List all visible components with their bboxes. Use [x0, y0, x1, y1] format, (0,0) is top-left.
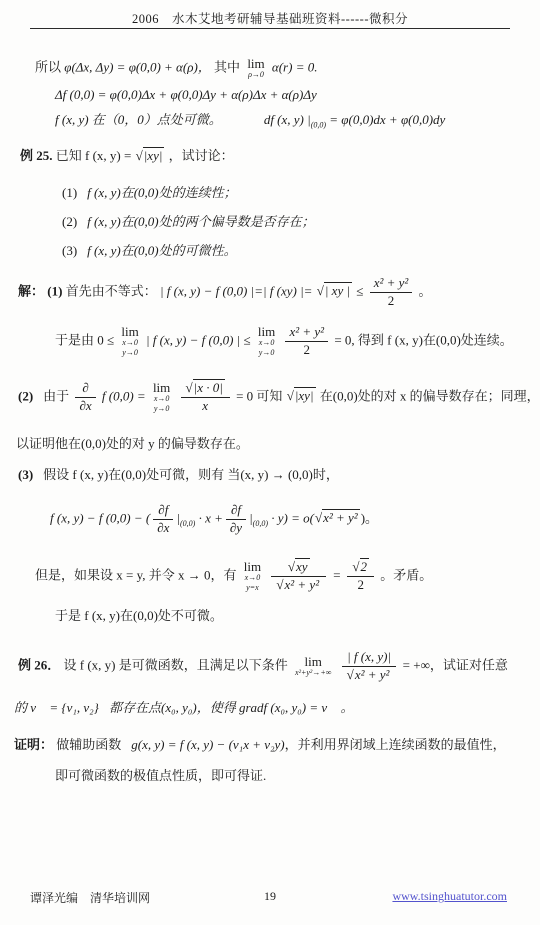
sqrt-radical: √x² + y²	[347, 668, 392, 683]
example-26-line-2: 的 v⃗ = {v₁, v₂}，都存在点(x₀, y₀)，使得 gradf (x…	[14, 700, 354, 717]
header-rule	[30, 28, 510, 29]
lim-subscript: x→0	[121, 338, 138, 348]
conclusion-line: 于是 f (x, y)在(0,0)处不可微。	[55, 608, 223, 625]
lim-subscript: y=x	[244, 583, 261, 593]
limit-operator: limx→0y=x	[244, 560, 261, 592]
equation: φ(Δx, Δy) = φ(0,0) + α(ρ)，	[64, 59, 211, 74]
numerator: √xy	[271, 560, 326, 577]
fraction: x² + y²2	[285, 325, 328, 358]
denominator: √x² + y²	[342, 667, 397, 683]
radicand: 2	[360, 558, 370, 574]
text: 已知 f (x, y) =	[56, 148, 132, 163]
lim-subscript: x²+y²→+∞	[295, 668, 331, 678]
relation: =	[332, 567, 341, 582]
part-number: (3)	[18, 467, 33, 482]
text: = 0, 得到 f (x, y)在(0,0)处连续。	[334, 332, 512, 347]
denominator: 2	[370, 293, 413, 309]
denominator: √x² + y²	[271, 577, 326, 593]
text: 于是 f (x, y)在(0,0)处不可微。	[55, 608, 223, 623]
subscript: (0,0)	[311, 121, 326, 130]
limit-operator: limρ→0	[247, 57, 264, 80]
example-26-heading: 例 26． 设 f (x, y) 是可微函数，且满足以下条件 limx²+y²→…	[18, 650, 508, 683]
part-2-line: (2)由于 ∂∂x f (0,0) = limx→0y→0 √|x · 0|x …	[18, 381, 540, 414]
denominator: ∂x	[153, 520, 173, 536]
sqrt-radical: √2	[352, 560, 369, 575]
solution-line-2: 于是由 0 ≤ limx→0y→0 | f (x, y) − f (0,0) |…	[55, 325, 513, 358]
limit-operator: limx→0y→0	[153, 381, 170, 413]
lim-symbol: lim	[247, 57, 264, 70]
lim-symbol: lim	[153, 381, 170, 394]
intro-line-3: f (x, y) 在（0，0）点处可微。df (x, y) |(0,0) = φ…	[55, 112, 445, 131]
equation: | f (x, y) − f (0,0) |=| f (xy) |=	[160, 283, 313, 298]
relation: ≤	[356, 283, 363, 298]
lim-subscript: x→0	[153, 394, 170, 404]
list-item: (1)f (x, y)在(0,0)处的连续性；	[62, 185, 237, 202]
radicand: | xy |	[324, 282, 352, 298]
text: = +∞，试证对任意	[403, 657, 508, 672]
list-item: (3)f (x, y)在(0,0)处的可微性。	[62, 243, 237, 260]
sqrt-radical: √| xy |	[317, 283, 352, 300]
sqrt-radical: √|xy|	[136, 148, 165, 165]
lim-symbol: lim	[121, 325, 138, 338]
text: ，试讨论：	[169, 148, 234, 163]
text: 由于	[43, 388, 69, 403]
radical-sign: √	[287, 388, 294, 403]
numerator: x² + y²	[285, 325, 328, 342]
radical-sign: √	[347, 667, 354, 682]
fraction: ∂f∂x	[153, 503, 173, 536]
equation: · x +	[199, 510, 223, 525]
radicand: |x · 0|	[193, 379, 225, 395]
header-title: 2006 水木艾地考研辅导基础班资料------微积分	[0, 9, 540, 27]
intro-text: 其中	[214, 59, 240, 74]
lim-symbol: lim	[258, 325, 275, 338]
lim-subscript: y→0	[258, 348, 275, 358]
denominator: ∂x	[75, 398, 95, 414]
sqrt-radical: √xy	[288, 560, 310, 575]
text: 设 f (x, y) 是可微函数，且满足以下条件	[64, 657, 288, 672]
text: )。	[361, 510, 378, 525]
sqrt-radical: √x² + y²	[315, 510, 360, 527]
radicand: |xy|	[294, 387, 316, 403]
denominator: x	[181, 398, 230, 414]
item-text: f (x, y)在(0,0)处的可微性。	[87, 243, 236, 258]
fraction: √22	[347, 560, 374, 593]
equation: = φ(0,0)dx + φ(0,0)dy	[329, 112, 445, 127]
radicand: xy	[295, 558, 310, 574]
equation: g(x, y) = f (x, y) − (v₁x + v₂y)	[131, 737, 284, 752]
sqrt-radical: √x² + y²	[276, 578, 321, 593]
text: 以证明他在(0,0)处的对 y 的偏导数存在。	[16, 436, 249, 451]
lim-subscript: y→0	[121, 348, 138, 358]
text: = 0 可知	[236, 388, 282, 403]
item-number: (3)	[62, 243, 77, 258]
denominator: 2	[347, 577, 374, 593]
limit-operator: limx→0y→0	[258, 325, 275, 357]
equation: Δf (0,0) = φ(0,0)Δx + φ(0,0)Δy + α(ρ)Δx …	[55, 87, 317, 102]
part-number: (2)	[18, 388, 33, 403]
equation: · y) = o(	[271, 510, 314, 525]
item-number: (1)	[62, 185, 77, 200]
numerator: ∂	[75, 381, 95, 398]
solution-line-1: 解： (1) 首先由不等式： | f (x, y) − f (0,0) |=| …	[18, 276, 432, 309]
equation: f (0,0) =	[102, 388, 146, 403]
lim-subscript: y→0	[153, 404, 170, 414]
numerator: √2	[347, 560, 374, 577]
fraction: x² + y²2	[370, 276, 413, 309]
radical-sign: √	[288, 559, 295, 574]
lim-subscript: x→0	[244, 573, 261, 583]
subscript: (0,0)	[180, 519, 195, 528]
lim-symbol: lim	[244, 560, 261, 573]
denominator: 2	[285, 342, 328, 358]
numerator: x² + y²	[370, 276, 413, 293]
equation: α(r) = 0.	[272, 59, 318, 74]
radical-sign: √	[186, 380, 193, 395]
equation: f (x, y) − f (0,0) − (	[50, 510, 150, 525]
item-number: (2)	[62, 214, 77, 229]
sqrt-radical: √|xy|	[287, 388, 316, 405]
text: 做辅助函数	[56, 737, 121, 752]
fraction: √xy√x² + y²	[271, 560, 326, 593]
proof-line-2: 即可微函数的极值点性质，即可得证.	[55, 768, 266, 785]
example-25-heading: 例 25. 已知 f (x, y) = √|xy| ，试讨论：	[20, 148, 234, 165]
proof-line-1: 证明： 做辅助函数g(x, y) = f (x, y) − (v₁x + v₂y…	[14, 737, 506, 754]
radical-sign: √	[315, 510, 322, 525]
equation: df (x, y) |	[264, 112, 311, 127]
fraction: ∂∂x	[75, 381, 95, 414]
text: 即可微函数的极值点性质，即可得证.	[55, 768, 266, 783]
text: 。矛盾。	[380, 567, 432, 582]
equation: 的 v⃗ = {v₁, v₂}，都存在点(x₀, y₀)，使得 gradf (x…	[14, 700, 354, 715]
radicand: x² + y²	[283, 576, 321, 592]
intro-text: 所以	[35, 59, 61, 74]
denominator: ∂y	[226, 520, 246, 536]
equation: | f (x, y) − f (0,0) | ≤	[146, 332, 251, 347]
limit-operator: limx²+y²→+∞	[295, 655, 331, 678]
solution-label: 解：	[18, 283, 44, 298]
intro-line-2: Δf (0,0) = φ(0,0)Δx + φ(0,0)Δy + α(ρ)Δx …	[55, 87, 317, 104]
radicand: |xy|	[143, 147, 165, 163]
radicand: x² + y²	[354, 666, 392, 682]
statement: f (x, y) 在（0，0）点处可微。	[55, 112, 222, 127]
fraction: ∂f∂y	[226, 503, 246, 536]
text: 于是由 0 ≤	[55, 332, 114, 347]
lim-symbol: lim	[295, 655, 331, 668]
text: 在(0,0)处的对 x 的偏导数存在；同理，可	[320, 388, 540, 403]
numerator: √|x · 0|	[181, 381, 230, 398]
list-item: (2)f (x, y)在(0,0)处的两个偏导数是否存在；	[62, 214, 315, 231]
text: 首先由不等式：	[66, 283, 157, 298]
proof-label: 证明：	[14, 737, 53, 752]
example-label: 例 25.	[20, 148, 53, 163]
numerator: ∂f	[153, 503, 173, 520]
sqrt-radical: √|x · 0|	[186, 381, 225, 396]
fraction: | f (x, y)|√x² + y²	[342, 650, 397, 683]
intro-line-1: 所以 φ(Δx, Δy) = φ(0,0) + α(ρ)， 其中 limρ→0 …	[35, 57, 317, 80]
radical-sign: √	[352, 559, 359, 574]
part-number: (1)	[47, 283, 62, 298]
part-2-continuation: 以证明他在(0,0)处的对 y 的偏导数存在。	[16, 436, 249, 453]
part-3-intro: (3)假设 f (x, y)在(0,0)处可微，则有 当(x, y) → (0,…	[18, 467, 339, 484]
item-text: f (x, y)在(0,0)处的连续性；	[87, 185, 236, 200]
footer-link[interactable]: www.tsinghuatutor.com	[392, 889, 507, 904]
fraction: √|x · 0|x	[181, 381, 230, 414]
contradiction-line: 但是，如果设 x = y, 并令 x → 0，有 limx→0y=x √xy√x…	[35, 560, 432, 593]
radical-sign: √	[317, 283, 324, 298]
limit-operator: limx→0y→0	[121, 325, 138, 357]
document-page: 2006 水木艾地考研辅导基础班资料------微积分 所以 φ(Δx, Δy)…	[0, 0, 540, 925]
text: ，并利用界闭域上连续函数的最值性，	[285, 737, 506, 752]
numerator: ∂f	[226, 503, 246, 520]
subscript: (0,0)	[253, 519, 268, 528]
text: 。	[419, 283, 432, 298]
lim-subscript: x→0	[258, 338, 275, 348]
example-label: 例 26．	[18, 657, 60, 672]
item-text: f (x, y)在(0,0)处的两个偏导数是否存在；	[87, 214, 314, 229]
radicand: x² + y²	[322, 509, 360, 525]
text: 假设 f (x, y)在(0,0)处可微，则有 当(x, y) → (0,0)时…	[43, 467, 339, 482]
lim-subscript: ρ→0	[247, 70, 264, 80]
radical-sign: √	[136, 148, 143, 163]
text: 但是，如果设 x = y, 并令 x → 0，有	[35, 567, 237, 582]
part-3-formula: f (x, y) − f (0,0) − (∂f∂x|(0,0) · x +∂f…	[50, 503, 378, 536]
numerator: | f (x, y)|	[342, 650, 397, 667]
